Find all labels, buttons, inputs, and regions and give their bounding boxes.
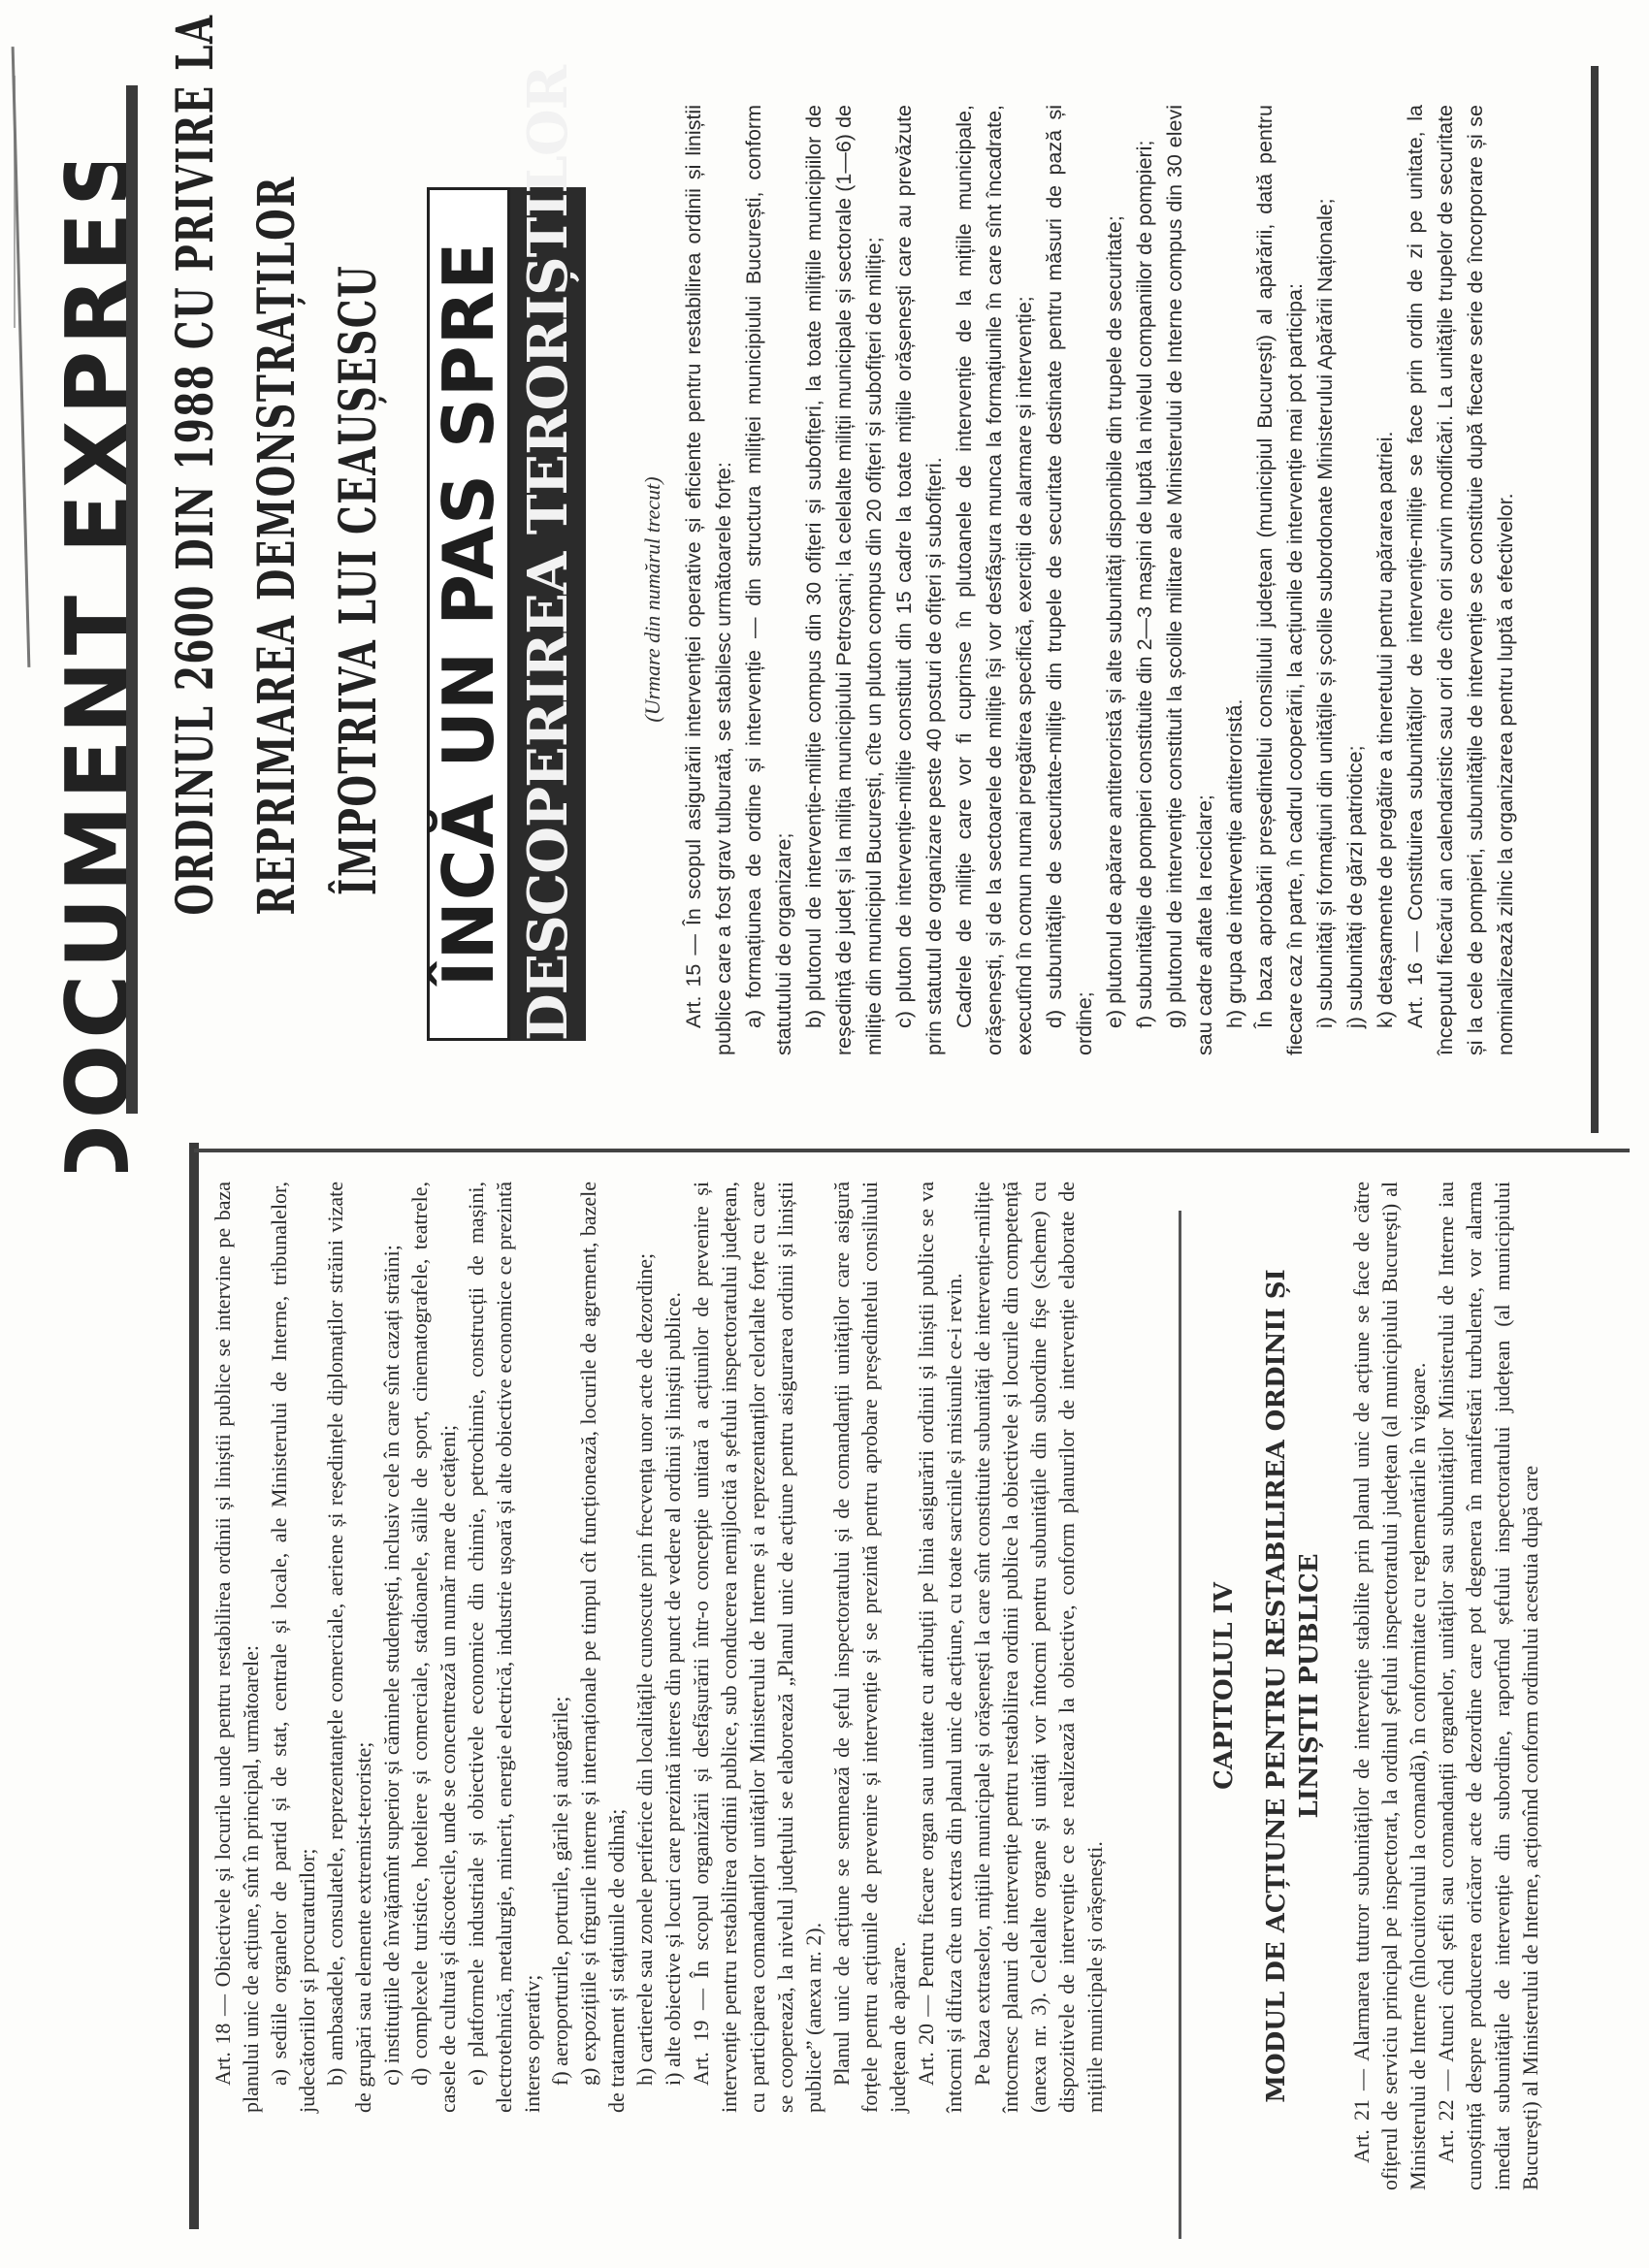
section-rule: [1179, 1211, 1181, 2239]
paragraph: Planul unic de acțiune se semnează de șe…: [827, 1182, 912, 2113]
kicker-banner: ÎNCĂ UN PAS SPRE DESCOPERIREA TERORIȘTIL…: [427, 187, 582, 1041]
paragraph: h) grupa de intervenție antiteroristă.: [1220, 105, 1250, 1055]
paragraph: În baza aprobării președintelui consiliu…: [1250, 105, 1310, 1055]
continuation-note: (Urmare din numărul trecut): [640, 308, 665, 891]
paragraph: b) plutonul de intervenție-miliție compu…: [799, 105, 889, 1055]
paragraph: Art. 16 — Constituirea subunităților de …: [1401, 105, 1521, 1055]
paragraph: Pe baza extraselor, mițiile municipale ș…: [968, 1182, 1109, 2113]
paragraph: Art. 22 — Atunci cînd șefii sau comandan…: [1432, 1182, 1544, 2190]
chapter-title: LINIȘTII PUBLICE: [1293, 1182, 1326, 2190]
paragraph: j) subunități de gărzi patriotice;: [1341, 105, 1371, 1055]
article-body-right: Art. 18 — Obiectivele și locurile unde p…: [209, 1182, 1179, 2113]
chapter-section: CAPITOLUL IV MODUL DE ACȚIUNE PENTRU RES…: [1193, 1182, 1639, 2190]
paragraph: e) platformele industriale și obiectivel…: [462, 1182, 546, 2113]
section-divider-bar: [1591, 66, 1599, 1133]
paragraph: Art. 20 — Pentru fiecare organ sau unita…: [912, 1182, 968, 2113]
paragraph: Art. 19 — În scopul organizării și desfă…: [687, 1182, 827, 2113]
paragraph: d) subunitățile de securitate-miliție di…: [1040, 105, 1100, 1055]
article-body-left: Art. 15 — În scopul asigurării intervenț…: [679, 105, 1571, 1055]
paragraph: f) subunitățile de pompieri constituite …: [1130, 105, 1160, 1055]
paragraph: g) plutonul de intervenție constituit la…: [1160, 105, 1220, 1055]
paragraph: i) subunități și formațiuni din unitățil…: [1310, 105, 1341, 1055]
paragraph: d) complexele turistice, hoteliere și co…: [405, 1182, 462, 2113]
article-headline: ORDINUL 2600 DIN 1988 CU PRIVIRE LA REPR…: [155, 114, 407, 1046]
paragraph: c) instituțiile de învățămînt superior ș…: [377, 1182, 405, 2113]
paragraph: Art. 15 — În scopul asigurării intervenț…: [679, 105, 739, 1055]
headline-line: ORDINUL 2600 DIN 1988 CU PRIVIRE LA: [155, 244, 237, 915]
paragraph: a) formațiunea de ordine și intervenție …: [739, 105, 799, 1055]
chapter-title: MODUL DE ACȚIUNE PENTRU RESTABILIREA ORD…: [1260, 1182, 1293, 2190]
scanned-newspaper-page: DOCUMENT EXPRES ORDINUL 2600 DIN 1988 CU…: [0, 0, 1649, 2268]
kicker-top: ÎNCĂ UN PAS SPRE: [427, 187, 510, 1041]
chapter-number: CAPITOLUL IV: [1211, 1182, 1239, 2190]
paragraph: g) expozițiile și tîrgurile interne și i…: [574, 1182, 630, 2113]
section-divider-bar: [189, 1143, 199, 2229]
paragraph: b) ambasadele, consulatele, reprezentanț…: [321, 1182, 377, 2113]
paragraph: i) alte obiective și locuri care prezint…: [659, 1182, 687, 2113]
paragraph: Cadrele de miliție care vor fi cuprinse …: [950, 105, 1040, 1055]
paragraph: e) plutonul de apărare antiteroristă și …: [1100, 105, 1130, 1055]
paragraph: Art. 21 — Alarmarea tuturor subunitățilo…: [1347, 1182, 1432, 2190]
section-divider-bar: [126, 85, 138, 1114]
paragraph: Art. 18 — Obiectivele și locurile unde p…: [209, 1182, 265, 2113]
paragraph: a) sediile organelor de partid și de sta…: [265, 1182, 321, 2113]
paper-fold-line: [14, 76, 16, 328]
paragraph: h) cartierele sau zonele periferice din …: [630, 1182, 659, 2113]
paragraph: c) pluton de intervenție-miliție constit…: [889, 105, 950, 1055]
headline-line: ÎMPOTRIVA LUI CEAUȘESCU: [318, 244, 400, 915]
paragraph: k) detașamente de pregătire a tineretulu…: [1371, 105, 1401, 1055]
kicker-bottom: DESCOPERIREA TERORIȘTILOR: [510, 187, 586, 1041]
column-divider: [194, 1149, 1630, 1152]
paragraph: f) aeroporturile, porturile, gările și a…: [546, 1182, 574, 2113]
headline-line: REPRIMAREA DEMONSTRAȚILOR: [237, 244, 318, 915]
